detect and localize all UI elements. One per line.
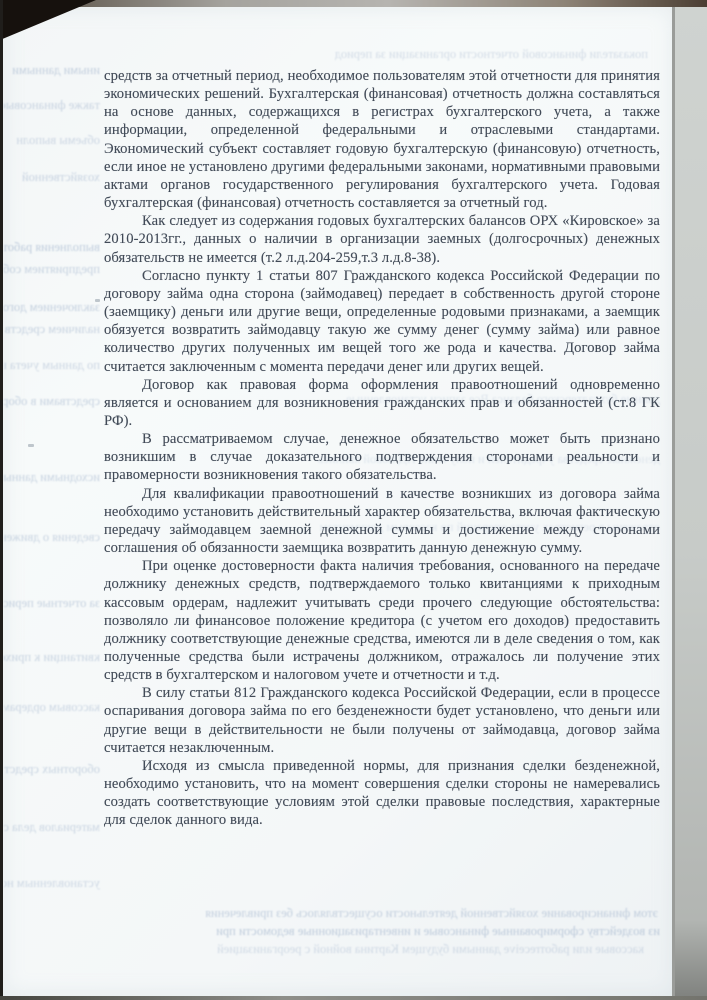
- paragraph: При оценке достоверности факта наличия т…: [104, 557, 660, 684]
- paragraph: Исходя из смысла приведенной нормы, для …: [104, 757, 660, 830]
- scan-speck: [95, 299, 100, 302]
- scan-edge-left: [0, 0, 3, 1000]
- scan-speck: [28, 444, 34, 447]
- scan-edge-bottom: [0, 996, 707, 1000]
- paragraph: Для квалификации правоотношений в качест…: [104, 485, 660, 558]
- paragraph: Договор как правовая форма оформления пр…: [104, 376, 660, 430]
- scanned-page: показатели финансовой отчетности организ…: [0, 0, 707, 1000]
- document-text: средств за отчетный период, необходимое …: [104, 67, 660, 830]
- paragraph: средств за отчетный период, необходимое …: [104, 67, 660, 212]
- paragraph: Согласно пункту 1 статьи 807 Гражданског…: [104, 267, 660, 376]
- scan-edge-top: [0, 0, 707, 7]
- paragraph: Как следует из содержания годовых бухгал…: [104, 212, 660, 266]
- scanner-background-band: [672, 4, 707, 1000]
- paragraph: В рассматриваемом случае, денежное обяза…: [104, 430, 660, 484]
- paragraph: В силу статьи 812 Гражданского кодекса Р…: [104, 684, 660, 757]
